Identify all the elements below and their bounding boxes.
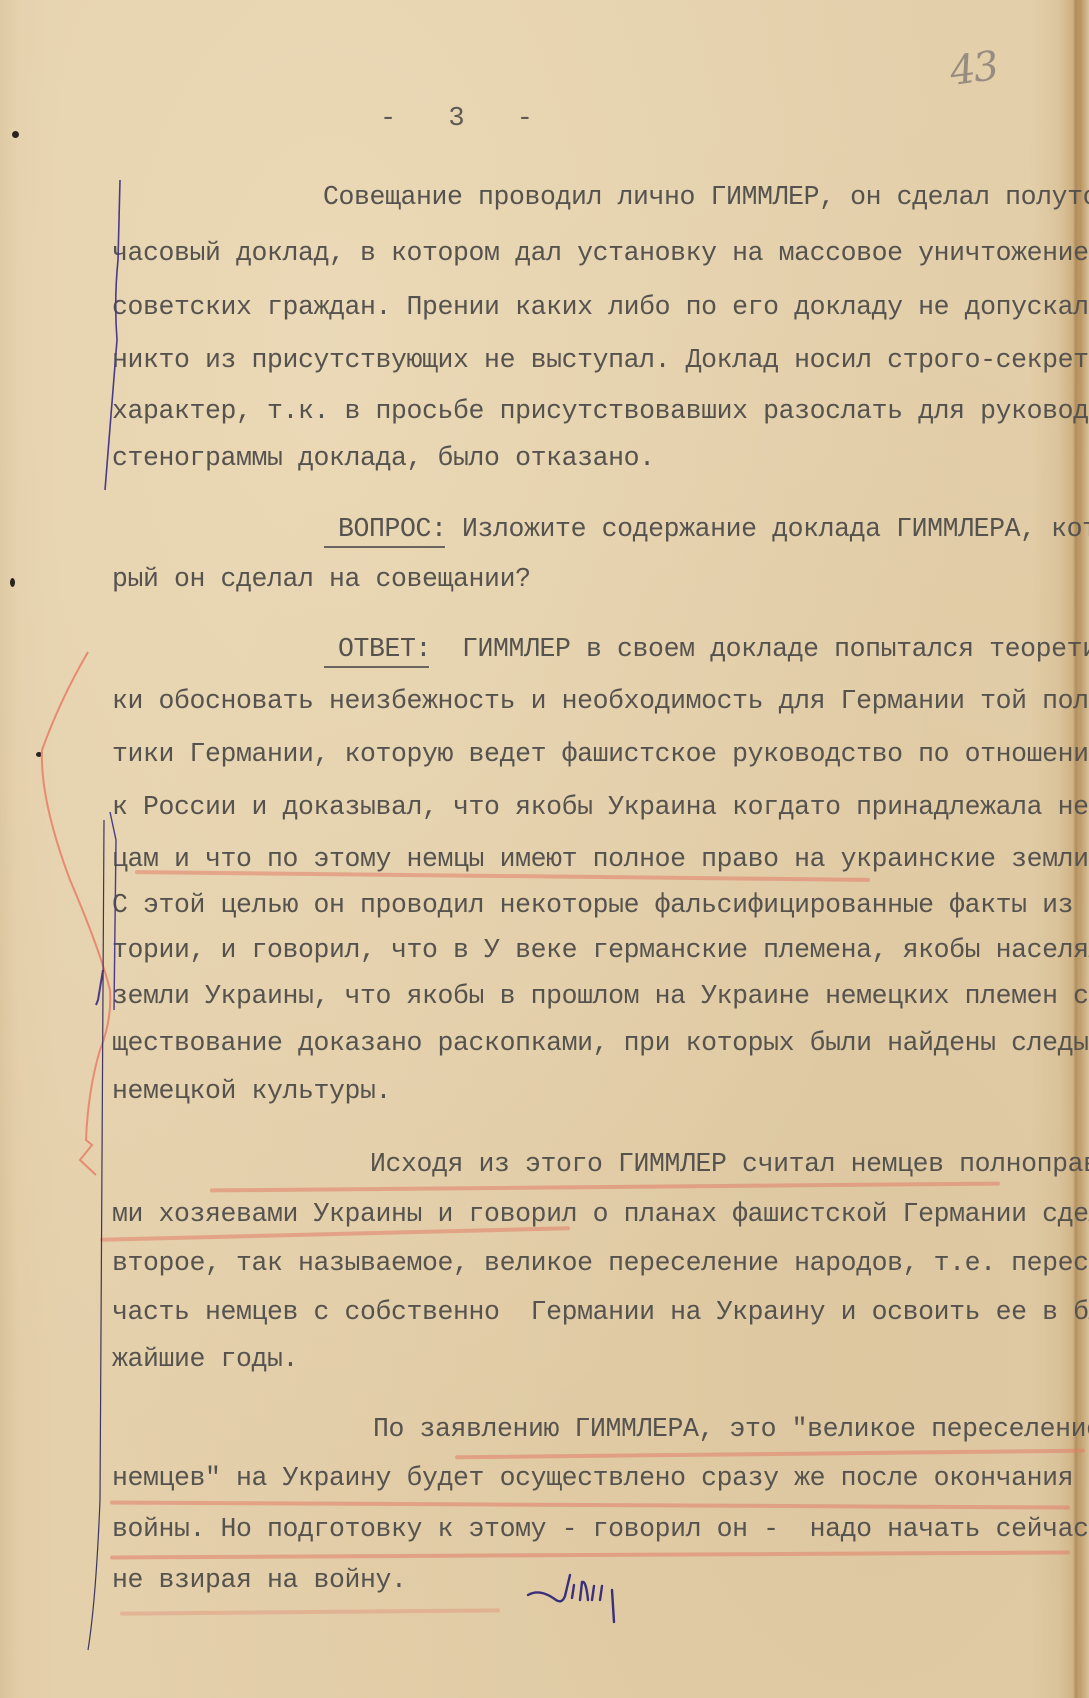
document-page: 43 - 3 - Совещание проводил лично ГИММЛЕ… <box>0 0 1089 1698</box>
violet-margin-bracket <box>105 180 120 490</box>
signature-initials <box>528 1575 614 1622</box>
violet-margin-bracket <box>110 812 116 1010</box>
margin-annotations <box>0 0 1089 1698</box>
red-pencil-margin-curve <box>42 652 110 1175</box>
